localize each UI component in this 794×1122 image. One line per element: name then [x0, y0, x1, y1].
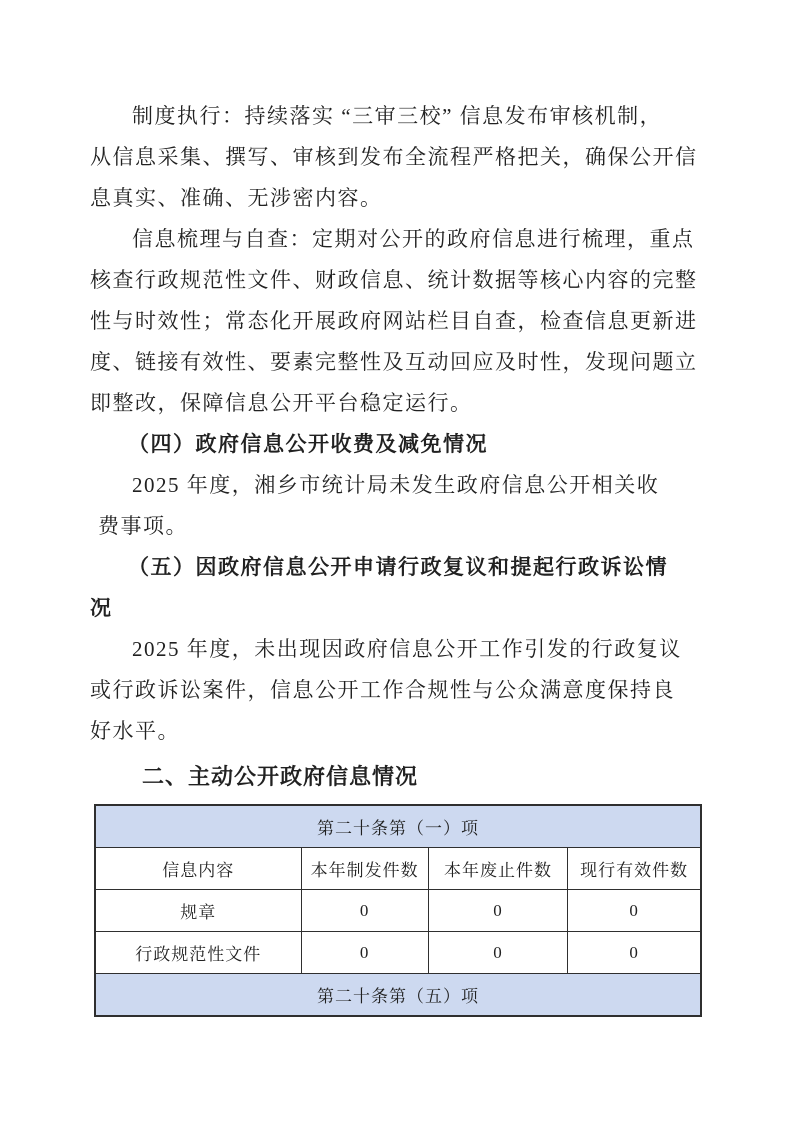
- paragraph-line: 制度执行：持续落实 “三审三校” 信息发布审核机制，: [90, 96, 704, 137]
- paragraph-line: 即整改，保障信息公开平台稳定运行。: [90, 383, 704, 424]
- table-cell-value: 0: [568, 932, 701, 974]
- table-cell-value: 0: [301, 932, 428, 974]
- table-header-abolished-this-year: 本年废止件数: [428, 848, 567, 890]
- table-cell-label: 规章: [95, 890, 301, 932]
- document-page: 制度执行：持续落实 “三审三校” 信息发布审核机制， 从信息采集、撰写、审核到发…: [0, 0, 794, 1122]
- heading-section-4: （四）政府信息公开收费及减免情况: [90, 424, 704, 465]
- heading-part-2: 二、主动公开政府信息情况: [90, 760, 704, 794]
- table-band-row: 第二十条第（五）项: [95, 974, 701, 1017]
- document-content: 制度执行：持续落实 “三审三校” 信息发布审核机制， 从信息采集、撰写、审核到发…: [90, 96, 704, 1017]
- paragraph-litigation: 2025 年度，未出现因政府信息公开工作引发的行政复议 或行政诉讼案件，信息公开…: [90, 629, 704, 752]
- table-row: 规章 0 0 0: [95, 890, 701, 932]
- paragraph-line: 或行政诉讼案件，信息公开工作合规性与公众满意度保持良: [90, 670, 704, 711]
- paragraph-line: 信息梳理与自查：定期对公开的政府信息进行梳理，重点: [90, 219, 704, 260]
- heading-line: 况: [90, 588, 704, 629]
- heading-section-5: （五）因政府信息公开申请行政复议和提起行政诉讼情 况: [90, 547, 704, 629]
- table-cell-value: 0: [428, 932, 567, 974]
- table-cell-value: 0: [301, 890, 428, 932]
- paragraph-line: 度、链接有效性、要素完整性及互动回应及时性，发现问题立: [90, 342, 704, 383]
- table-cell-value: 0: [568, 890, 701, 932]
- paragraph-line: 性与时效性；常态化开展政府网站栏目自查，检查信息更新进: [90, 301, 704, 342]
- table-band-row: 第二十条第（一）项: [95, 805, 701, 848]
- disclosure-table: 第二十条第（一）项 信息内容 本年制发件数 本年废止件数 现行有效件数 规章 0…: [94, 804, 702, 1017]
- paragraph-line: 核查行政规范性文件、财政信息、统计数据等核心内容的完整: [90, 260, 704, 301]
- table-header-currently-valid: 现行有效件数: [568, 848, 701, 890]
- heading-line: （五）因政府信息公开申请行政复议和提起行政诉讼情: [90, 547, 704, 588]
- table-header-info-content: 信息内容: [95, 848, 301, 890]
- table-cell-label: 行政规范性文件: [95, 932, 301, 974]
- paragraph-line: 从信息采集、撰写、审核到发布全流程严格把关，确保公开信: [90, 137, 704, 178]
- paragraph-fees: 2025 年度，湘乡市统计局未发生政府信息公开相关收 费事项。: [90, 465, 704, 547]
- table-band-article20-item1: 第二十条第（一）项: [95, 805, 701, 848]
- paragraph-line: 好水平。: [90, 711, 704, 752]
- table-cell-value: 0: [428, 890, 567, 932]
- table-header-issued-this-year: 本年制发件数: [301, 848, 428, 890]
- paragraph-line: 费事项。: [90, 506, 704, 547]
- paragraph-system-execution: 制度执行：持续落实 “三审三校” 信息发布审核机制， 从信息采集、撰写、审核到发…: [90, 96, 704, 219]
- table-row: 行政规范性文件 0 0 0: [95, 932, 701, 974]
- paragraph-line: 2025 年度，湘乡市统计局未发生政府信息公开相关收: [90, 465, 704, 506]
- paragraph-info-review: 信息梳理与自查：定期对公开的政府信息进行梳理，重点 核查行政规范性文件、财政信息…: [90, 219, 704, 424]
- paragraph-line: 2025 年度，未出现因政府信息公开工作引发的行政复议: [90, 629, 704, 670]
- table-header-row: 信息内容 本年制发件数 本年废止件数 现行有效件数: [95, 848, 701, 890]
- table-band-article20-item5: 第二十条第（五）项: [95, 974, 701, 1017]
- paragraph-line: 息真实、准确、无涉密内容。: [90, 178, 704, 219]
